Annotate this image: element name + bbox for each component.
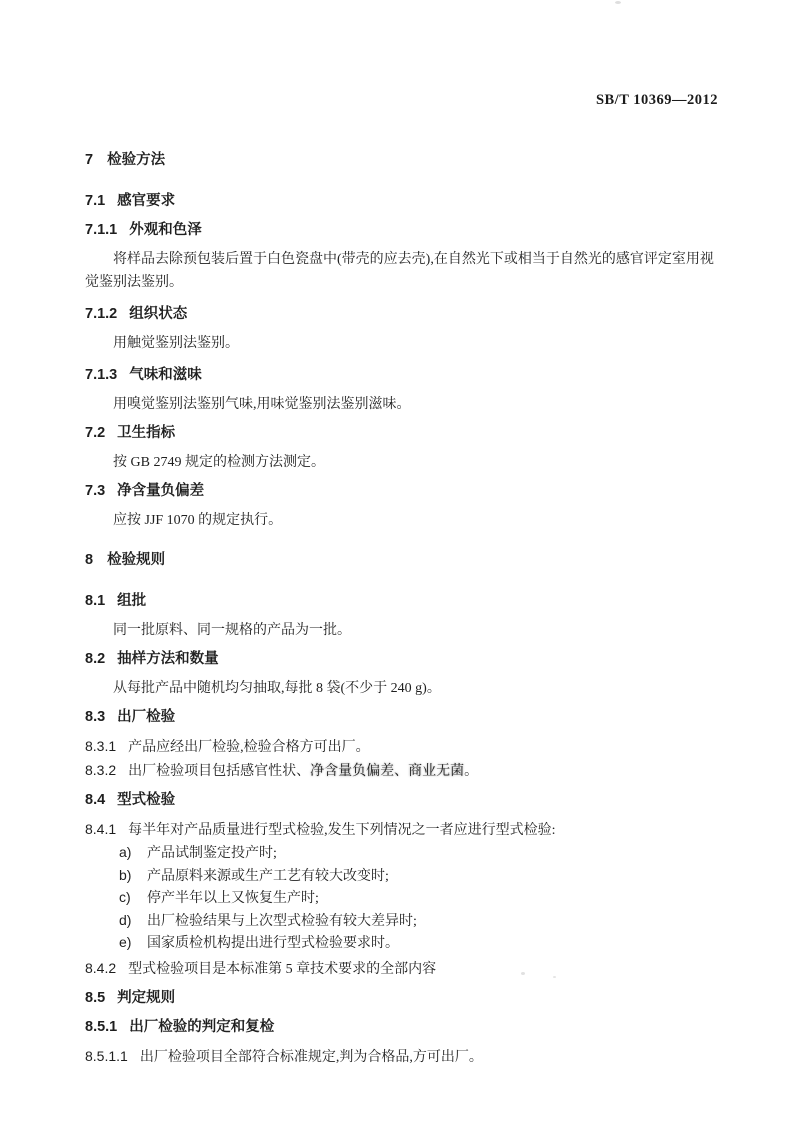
text-run: 净含量负偏差 xyxy=(117,483,204,499)
list-item: a)产品试制鉴定投产时; xyxy=(85,842,718,865)
text-run: 抽样方法和数量 xyxy=(117,651,219,667)
heading-number: 7.3 xyxy=(85,480,105,503)
text-run: 同一批原料、同一规格的产品为一批。 xyxy=(113,623,351,638)
clause-number: 8.5.1.1 xyxy=(85,1045,128,1068)
body-paragraph: 按 GB 2749 规定的检测方法测定。 xyxy=(85,451,718,474)
text-run: 型式检验项目是本标准第 5 章技术要求的全部内容 xyxy=(128,962,436,977)
text-run: 产品试制鉴定投产时; xyxy=(147,846,277,861)
section-heading: 8.5判定规则 xyxy=(85,987,718,1010)
section-heading: 7.2卫生指标 xyxy=(85,422,718,445)
text-run: 按 GB 2749 规定的检测方法测定。 xyxy=(113,455,325,470)
heading-number: 7.1 xyxy=(85,190,105,213)
heading-number: 7 xyxy=(85,149,93,172)
text-run: 检验规则 xyxy=(107,552,165,568)
text-run: 组织状态 xyxy=(129,306,187,322)
scan-speck xyxy=(615,1,621,4)
body-paragraph: 用嗅觉鉴别法鉴别气味,用味觉鉴别法鉴别滋味。 xyxy=(85,393,718,416)
scan-speck xyxy=(521,972,525,975)
numbered-clause: 8.4.2型式检验项目是本标准第 5 章技术要求的全部内容 xyxy=(85,957,718,981)
body-paragraph: 同一批原料、同一规格的产品为一批。 xyxy=(85,619,718,642)
document-body: 7检验方法7.1感官要求7.1.1外观和色泽将样品去除预包装后置于白色瓷盘中(带… xyxy=(85,149,718,1069)
heading-number: 8.1 xyxy=(85,590,105,613)
list-item: d)出厂检验结果与上次型式检验有较大差异时; xyxy=(85,910,718,933)
chapter-heading: 8检验规则 xyxy=(85,549,718,572)
text-run: 产品应经出厂检验,检验合格方可出厂。 xyxy=(128,740,370,755)
heading-number: 8.3 xyxy=(85,706,105,729)
list-marker: e) xyxy=(113,932,147,953)
section-heading: 8.2抽样方法和数量 xyxy=(85,648,718,671)
heading-number: 8.5 xyxy=(85,987,105,1010)
text-run: 应按 JJF 1070 的规定执行。 xyxy=(113,513,282,528)
list-item: e)国家质检机构提出进行型式检验要求时。 xyxy=(85,932,718,955)
page-content: SB/T 10369—2012 7检验方法7.1感官要求7.1.1外观和色泽将样… xyxy=(85,0,718,1069)
scan-speck xyxy=(553,976,556,978)
text-run: 净含量负偏差、商业无菌 xyxy=(310,764,464,779)
text-run: 组批 xyxy=(117,593,146,609)
body-paragraph: 应按 JJF 1070 的规定执行。 xyxy=(85,509,718,532)
subsection-heading: 7.1.1外观和色泽 xyxy=(85,219,718,242)
text-run: 出厂检验结果与上次型式检验有较大差异时; xyxy=(147,914,417,929)
heading-number: 7.2 xyxy=(85,422,105,445)
heading-number: 8.2 xyxy=(85,648,105,671)
numbered-clause: 8.5.1.1出厂检验项目全部符合标准规定,判为合格品,方可出厂。 xyxy=(85,1045,718,1069)
text-run: 外观和色泽 xyxy=(129,222,202,238)
numbered-clause: 8.3.2出厂检验项目包括感官性状、净含量负偏差、商业无菌。 xyxy=(85,759,718,783)
list-marker: a) xyxy=(113,842,147,863)
section-heading: 8.4型式检验 xyxy=(85,789,718,812)
text-run: 出厂检验项目包括感官性状、 xyxy=(128,764,310,779)
text-run: 国家质检机构提出进行型式检验要求时。 xyxy=(147,936,399,951)
text-run: 每半年对产品质量进行型式检验,发生下列情况之一者应进行型式检验: xyxy=(128,823,555,838)
heading-number: 7.1.2 xyxy=(85,303,117,326)
clause-number: 8.4.1 xyxy=(85,818,116,841)
text-run: 出厂检验的判定和复检 xyxy=(129,1019,274,1035)
heading-number: 8.5.1 xyxy=(85,1016,117,1039)
list-marker: c) xyxy=(113,887,147,908)
list-marker: d) xyxy=(113,910,147,931)
text-run: 用触觉鉴别法鉴别。 xyxy=(113,336,239,351)
subsection-heading: 7.1.3气味和滋味 xyxy=(85,364,718,387)
heading-number: 8.4 xyxy=(85,789,105,812)
text-run: 从每批产品中随机均匀抽取,每批 8 袋(不少于 240 g)。 xyxy=(113,681,441,696)
body-paragraph: 将样品去除预包装后置于白色瓷盘中(带壳的应去壳),在自然光下或相当于自然光的感官… xyxy=(85,248,718,294)
numbered-clause: 8.3.1产品应经出厂检验,检验合格方可出厂。 xyxy=(85,735,718,759)
text-run: 用嗅觉鉴别法鉴别气味,用味觉鉴别法鉴别滋味。 xyxy=(113,397,411,412)
text-run: 检验方法 xyxy=(107,152,165,168)
body-paragraph: 从每批产品中随机均匀抽取,每批 8 袋(不少于 240 g)。 xyxy=(85,677,718,700)
text-run: 产品原料来源或生产工艺有较大改变时; xyxy=(147,869,389,884)
text-run: 。 xyxy=(464,764,478,779)
section-heading: 8.3出厂检验 xyxy=(85,706,718,729)
text-run: 出厂检验 xyxy=(117,709,175,725)
numbered-clause: 8.4.1每半年对产品质量进行型式检验,发生下列情况之一者应进行型式检验: xyxy=(85,818,718,842)
list-item: b)产品原料来源或生产工艺有较大改变时; xyxy=(85,865,718,888)
heading-number: 7.1.1 xyxy=(85,219,117,242)
list-marker: b) xyxy=(113,865,147,886)
list-item: c)停产半年以上又恢复生产时; xyxy=(85,887,718,910)
section-heading: 8.1组批 xyxy=(85,590,718,613)
text-run: 将样品去除预包装后置于白色瓷盘中(带壳的应去壳),在自然光下或相当于自然光的感官… xyxy=(85,252,714,290)
clause-number: 8.3.2 xyxy=(85,759,116,782)
body-paragraph: 用触觉鉴别法鉴别。 xyxy=(85,332,718,355)
text-run: 卫生指标 xyxy=(117,425,175,441)
clause-number: 8.4.2 xyxy=(85,957,116,980)
standard-code: SB/T 10369—2012 xyxy=(85,0,718,109)
section-heading: 7.3净含量负偏差 xyxy=(85,480,718,503)
text-run: 气味和滋味 xyxy=(129,367,202,383)
subsection-heading: 8.5.1出厂检验的判定和复检 xyxy=(85,1016,718,1039)
section-heading: 7.1感官要求 xyxy=(85,190,718,213)
heading-number: 8 xyxy=(85,549,93,572)
chapter-heading: 7检验方法 xyxy=(85,149,718,172)
text-run: 停产半年以上又恢复生产时; xyxy=(147,891,319,906)
text-run: 出厂检验项目全部符合标准规定,判为合格品,方可出厂。 xyxy=(140,1050,483,1065)
document-page: SB/T 10369—2012 7检验方法7.1感官要求7.1.1外观和色泽将样… xyxy=(0,0,802,1122)
text-run: 型式检验 xyxy=(117,792,175,808)
heading-number: 7.1.3 xyxy=(85,364,117,387)
text-run: 判定规则 xyxy=(117,990,175,1006)
subsection-heading: 7.1.2组织状态 xyxy=(85,303,718,326)
text-run: 感官要求 xyxy=(117,193,175,209)
clause-number: 8.3.1 xyxy=(85,735,116,758)
